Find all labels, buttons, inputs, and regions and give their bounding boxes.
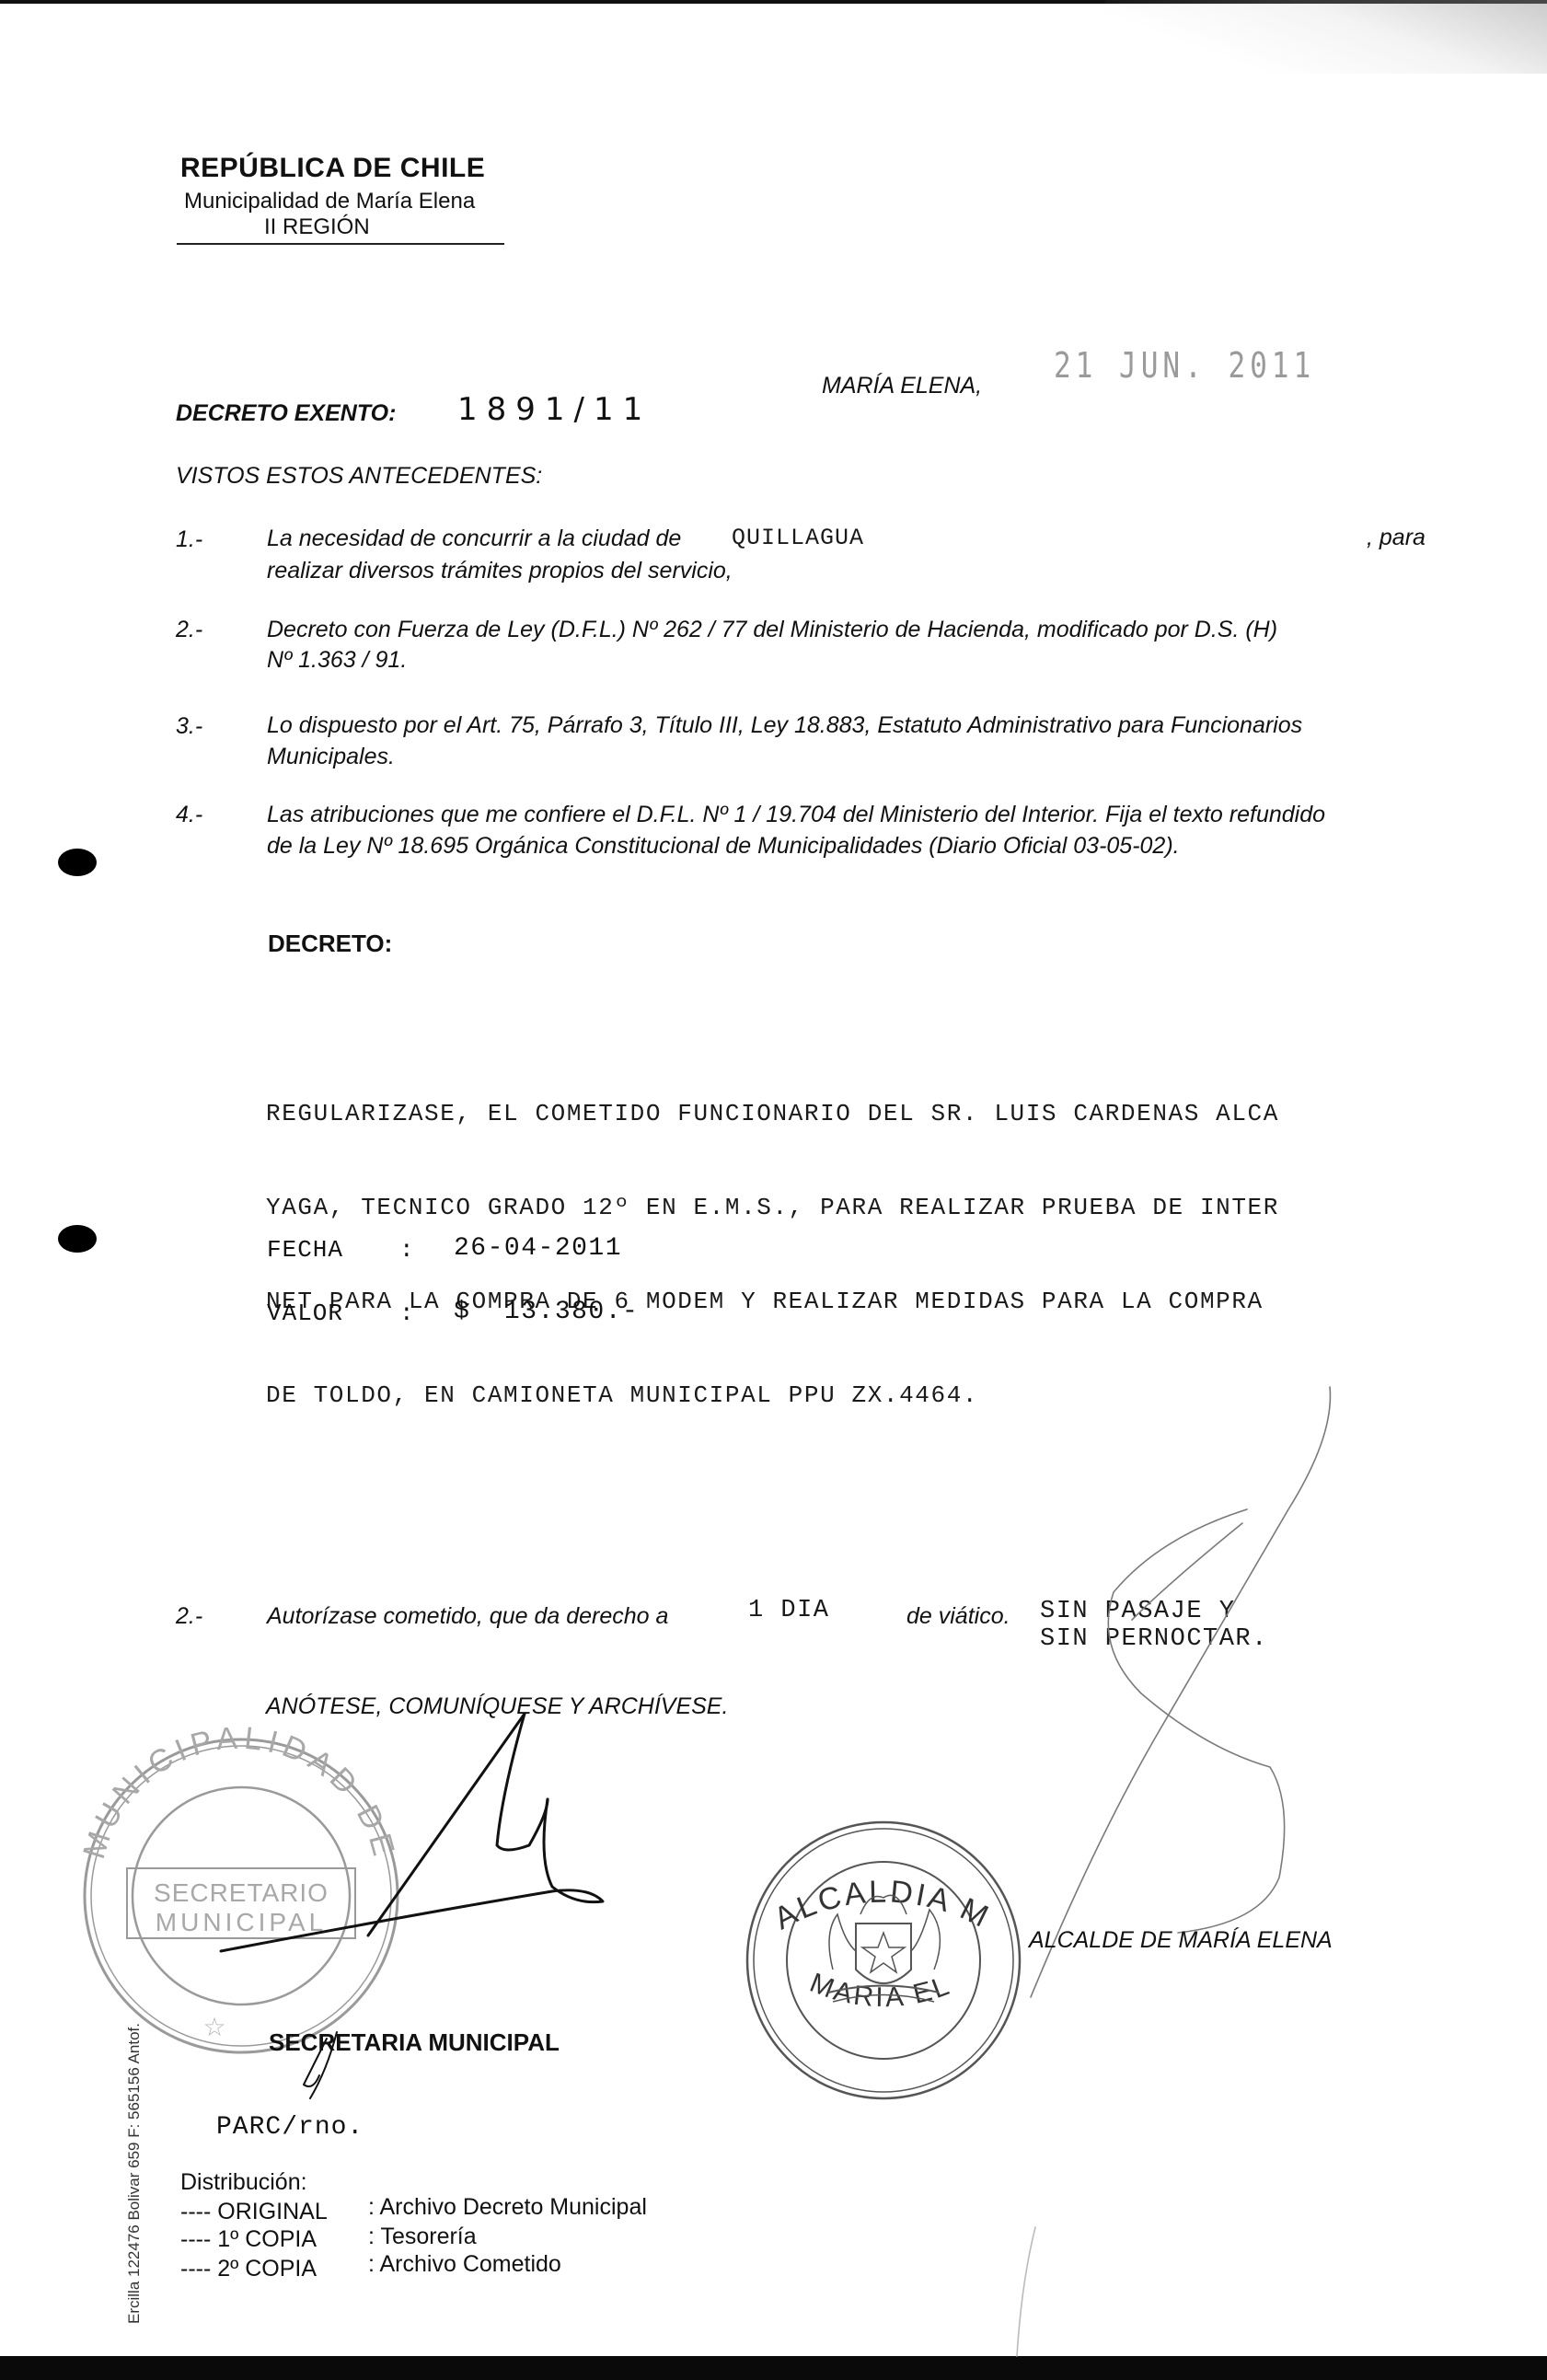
distribution-destination: : Archivo Cometido — [368, 2251, 561, 2278]
secretaria-signature-label: SECRETARIA MUNICIPAL — [269, 2028, 560, 2057]
document-initials: PARC/rno. — [216, 2113, 364, 2142]
seals-and-signatures: MUNICIPALIDAD DE MARIA ELENA SECRETARIO … — [0, 0, 1547, 2380]
svg-text:ALCALDIA MUNICIPAL: ALCALDIA MUNICIPAL — [0, 0, 996, 1936]
svg-text:☆: ☆ — [202, 2014, 225, 2042]
alcalde-signature-label: ALCALDE DE MARÍA ELENA — [1029, 1927, 1333, 1954]
distribution-copy: ---- 2º COPIA — [180, 2256, 317, 2282]
distribution-copy: ---- 1º COPIA — [180, 2226, 317, 2253]
alcalde-signature — [1017, 1387, 1330, 2356]
svg-text:MUNICIPALIDAD DE MARIA ELENA: MUNICIPALIDAD DE MARIA ELENA — [0, 0, 405, 1877]
distribution-title: Distribución: — [180, 2169, 307, 2196]
secretaria-seal-icon: MUNICIPALIDAD DE MARIA ELENA SECRETARIO … — [0, 0, 405, 2052]
distribution-destination: : Tesorería — [368, 2224, 477, 2250]
svg-text:MUNICIPAL: MUNICIPAL — [156, 1908, 327, 1936]
printer-imprint: Ercilla 122476 Bolivar 659 F: 565156 Ant… — [125, 2023, 144, 2324]
distribution-copy: ---- ORIGINAL — [180, 2199, 328, 2225]
svg-text:SECRETARIO: SECRETARIO — [154, 1878, 329, 1907]
svg-text:MARIA ELENA: MARIA ELENA — [0, 0, 955, 2013]
distribution-destination: : Archivo Decreto Municipal — [368, 2194, 647, 2221]
